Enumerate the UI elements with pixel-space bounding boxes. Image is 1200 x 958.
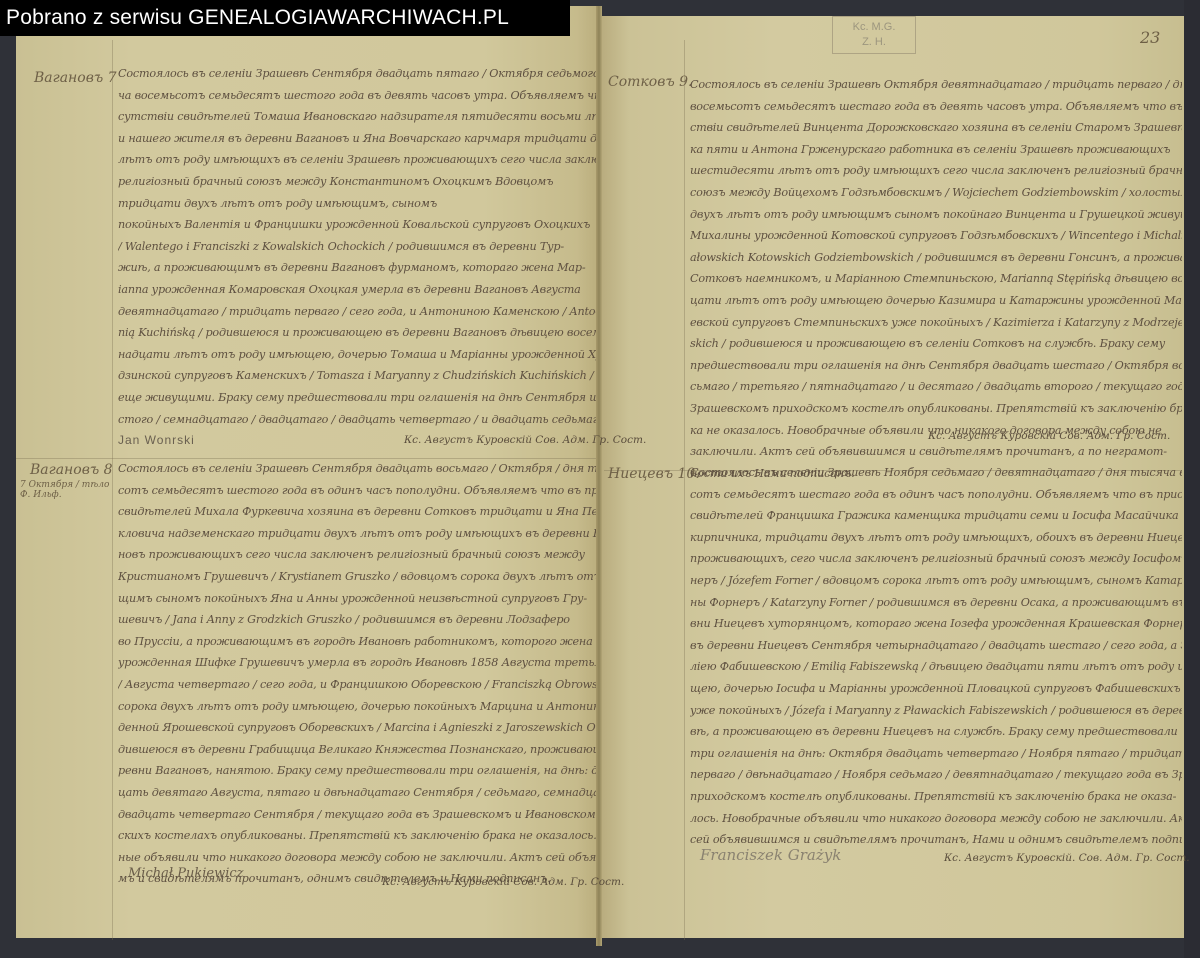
text-line: новъ проживающихъ сего числа заключенъ р…	[118, 544, 596, 566]
archive-stamp-line2: Z. H.	[833, 35, 915, 50]
text-line: двухъ лѣтъ отъ роду имѣющимъ сыномъ поко…	[690, 204, 1182, 226]
text-line: денной Ярошевской супруговъ Оборевскихъ …	[118, 717, 596, 739]
text-line: сутствіи свидѣтелей Томаша Ивановскаго н…	[118, 106, 596, 128]
text-line: ліею Фабишевскою / Emilią Fabiszewską / …	[690, 656, 1182, 678]
scan-border-right	[1184, 0, 1200, 958]
text-line: лось. Новобрачные объявили что никакого …	[690, 808, 1182, 830]
text-line: три оглашенія на днѣ: Октября двадцать ч…	[690, 743, 1182, 765]
text-line: тридцати двухъ лѣтъ отъ роду имѣющимъ, с…	[118, 193, 596, 215]
entry-7-text: Состоялось въ селеніи Зрашевѣ Сентября д…	[118, 63, 596, 430]
text-line: урожденная Шифке Грушевичъ умерла въ гор…	[118, 652, 596, 674]
text-line: сотъ семьдесятъ шестаго года въ одинъ ча…	[690, 484, 1182, 506]
text-line: skich / родившеюся и проживающею въ селе…	[690, 333, 1182, 355]
text-line: цать девятаго Августа, пятаго и двѣнадца…	[118, 782, 596, 804]
watermark-banner: Pobrano z serwisu GENEALOGIAWARCHIWACH.P…	[0, 0, 570, 36]
text-line: дившеюся въ деревни Грабищица Великаго К…	[118, 739, 596, 761]
text-line: шевичъ / Jana i Anny z Grodzkich Gruszko…	[118, 609, 596, 631]
text-line: предшествовали три оглашенія на днѣ Сент…	[690, 355, 1182, 377]
text-line: сорока двухъ лѣтъ отъ роду имѣющею, доче…	[118, 696, 596, 718]
text-line: ianna урожденная Комаровская Охоцкая уме…	[118, 279, 596, 301]
text-line: ча восемьсотъ семьдесятъ шестого года въ…	[118, 85, 596, 107]
text-line: вни Ниецевъ хуторянцомъ, котораго жена І…	[690, 613, 1182, 635]
entry-10-text: Состоялось въ селеніи Зрашевѣ Ноября сед…	[690, 462, 1182, 851]
archive-stamp-line1: Kc. M.G.	[833, 20, 915, 35]
text-line: Сотковъ наемникомъ, и Маріанною Стемпинь…	[690, 268, 1182, 290]
text-line: / Walentego i Franciszki z Kowalskich Oc…	[118, 236, 596, 258]
entry-9-text: Состоялось въ селеніи Зрашевѣ Октября де…	[690, 74, 1182, 484]
text-line: девятнадцатаго / тридцать перваго / сего…	[118, 301, 596, 323]
text-line: надцати лѣтъ отъ роду имѣющею, дочерью Т…	[118, 344, 596, 366]
text-line: ка пяти и Антона Грженурскаго работника …	[690, 139, 1182, 161]
signature-priest-7: Кс. Августъ Куровскій Сов. Адм. Гр. Сост…	[404, 434, 646, 446]
text-line: покойныхъ Валентія и Францишки урожденно…	[118, 214, 596, 236]
text-line: щимъ сыномъ покойныхъ Яна и Анны урожден…	[118, 588, 596, 610]
entry-label-8: Bагановъ 8	[30, 462, 113, 478]
text-line: Михалины урожденной Котовской супруговъ …	[690, 225, 1182, 247]
text-line: ны Форнеръ / Katarzyny Forner / родившим…	[690, 592, 1182, 614]
text-line: лѣтъ отъ роду имѣющихъ въ селеніи Зрашев…	[118, 149, 596, 171]
entry-8-text: Состоялось въ селеніи Зрашевѣ Сентября д…	[118, 458, 596, 890]
signature-priest-8: Кс. Августъ Куровскій Сов. Адм. Гр. Сост…	[382, 876, 624, 888]
text-line: союзъ между Войцехомъ Годзѣмбовскимъ / W…	[690, 182, 1182, 204]
text-line: неръ / Józefem Forner / вдовцомъ сорока …	[690, 570, 1182, 592]
signature-party-8: Michał Pukiewicz	[128, 866, 243, 881]
text-line: евской супруговъ Стемпиньскихъ уже покой…	[690, 312, 1182, 334]
entry-label-10: Ниецевъ 10.	[608, 466, 700, 482]
entry-sublabel-8: 7 Октября / тѣло Ф. Ильф.	[20, 480, 110, 500]
entry-label-7: Bагановъ 7	[34, 70, 117, 86]
text-line: приходскомъ костелѣ опубликованы. Препят…	[690, 786, 1182, 808]
text-line: Состоялось въ селеніи Зрашевѣ Сентября д…	[118, 63, 596, 85]
text-line: вѣ, а проживающею въ деревни Ниецевъ на …	[690, 721, 1182, 743]
text-line: скихъ костелахъ опубликованы. Препятстві…	[118, 825, 596, 847]
signature-priest-10: Кс. Августъ Куровскій. Сов. Адм. Гр. Сос…	[944, 852, 1190, 864]
text-line: стого / семнадцатаго / двадцатаго / двад…	[118, 409, 596, 431]
text-line: религіозный брачный союзъ между Констант…	[118, 171, 596, 193]
text-line: ałowskich Kotowskich Godziembowskich / р…	[690, 247, 1182, 269]
document-scan: Pobrano z serwisu GENEALOGIAWARCHIWACH.P…	[0, 0, 1200, 958]
signature-priest-9: Кс. Августъ Куровскій Сов. Адм. Гр. Сост…	[928, 430, 1170, 442]
text-line: ревни Вагановъ, нанятою. Браку сему пред…	[118, 760, 596, 782]
text-line: сотъ семьдесятъ шестого года въ одинъ ча…	[118, 480, 596, 502]
text-line: двадцать четвертаго Сентября / текущаго …	[118, 804, 596, 826]
archive-stamp: Kc. M.G. Z. H.	[832, 16, 916, 54]
text-line: nią Kuchińską / родившеюся и проживающею…	[118, 322, 596, 344]
text-line: / Августа четвертаго / сего года, и Фран…	[118, 674, 596, 696]
text-line: восемьсотъ семьдесятъ шестаго года въ де…	[690, 96, 1182, 118]
text-line: сьмаго / третьяго / пятнадцатаго / и дес…	[690, 376, 1182, 398]
book-gutter	[596, 6, 602, 946]
text-line: шестидесяти лѣтъ отъ роду имѣющихъ сего …	[690, 160, 1182, 182]
text-line: Состоялось въ селеніи Зрашевѣ Сентября д…	[118, 458, 596, 480]
text-line: Состоялось въ селеніи Зрашевѣ Октября де…	[690, 74, 1182, 96]
text-line: Состоялось въ селеніи Зрашевѣ Ноября сед…	[690, 462, 1182, 484]
text-line: жиѣ, а проживающимъ въ деревни Вагановъ …	[118, 257, 596, 279]
text-line: дзинской супруговъ Каменскихъ / Tomasza …	[118, 365, 596, 387]
left-margin-rule	[112, 40, 113, 940]
text-line: щею, дочерью Іосифа и Маріанны урожденно…	[690, 678, 1182, 700]
text-line: свидѣтелей Францишка Гражика каменщика т…	[690, 505, 1182, 527]
signature-party-10: Franciszek Grażyk	[700, 846, 841, 864]
text-line: уже покойныхъ / Józefa i Maryanny z Pław…	[690, 700, 1182, 722]
page-number: 23	[1140, 28, 1160, 47]
text-line: перваго / двѣнадцатаго / Ноября седьмаго…	[690, 764, 1182, 786]
text-line: во Пруссіи, а проживающимъ въ городѣ Ива…	[118, 631, 596, 653]
text-line: еще живущими. Браку сему предшествовали …	[118, 387, 596, 409]
right-margin-rule	[684, 40, 685, 940]
text-line: кловича надземенскаго тридцати двухъ лѣт…	[118, 523, 596, 545]
text-line: Зрашевскомъ приходскомъ костелѣ опублико…	[690, 398, 1182, 420]
text-line: ствіи свидѣтелей Винцента Дорожковскаго …	[690, 117, 1182, 139]
signature-party-7: Jan Wonrski	[118, 433, 195, 447]
text-line: Кристианомъ Грушевичъ / Krystianem Grusz…	[118, 566, 596, 588]
text-line: кирпичника, тридцати двухъ лѣтъ отъ роду…	[690, 527, 1182, 549]
text-line: и нашего жителя въ деревни Вагановъ и Ян…	[118, 128, 596, 150]
text-line: въ деревни Ниецевъ Сентября четырнадцата…	[690, 635, 1182, 657]
entry-label-9: Сотковъ 9.	[608, 74, 693, 90]
text-line: свидѣтелей Михала Фуркевича хозяина въ д…	[118, 501, 596, 523]
text-line: заключили. Актъ сей объявившимся и свидѣ…	[690, 441, 1182, 463]
text-line: цати лѣтъ отъ роду имѣющею дочерью Казим…	[690, 290, 1182, 312]
text-line: проживающихъ, сего числа заключенъ религ…	[690, 548, 1182, 570]
